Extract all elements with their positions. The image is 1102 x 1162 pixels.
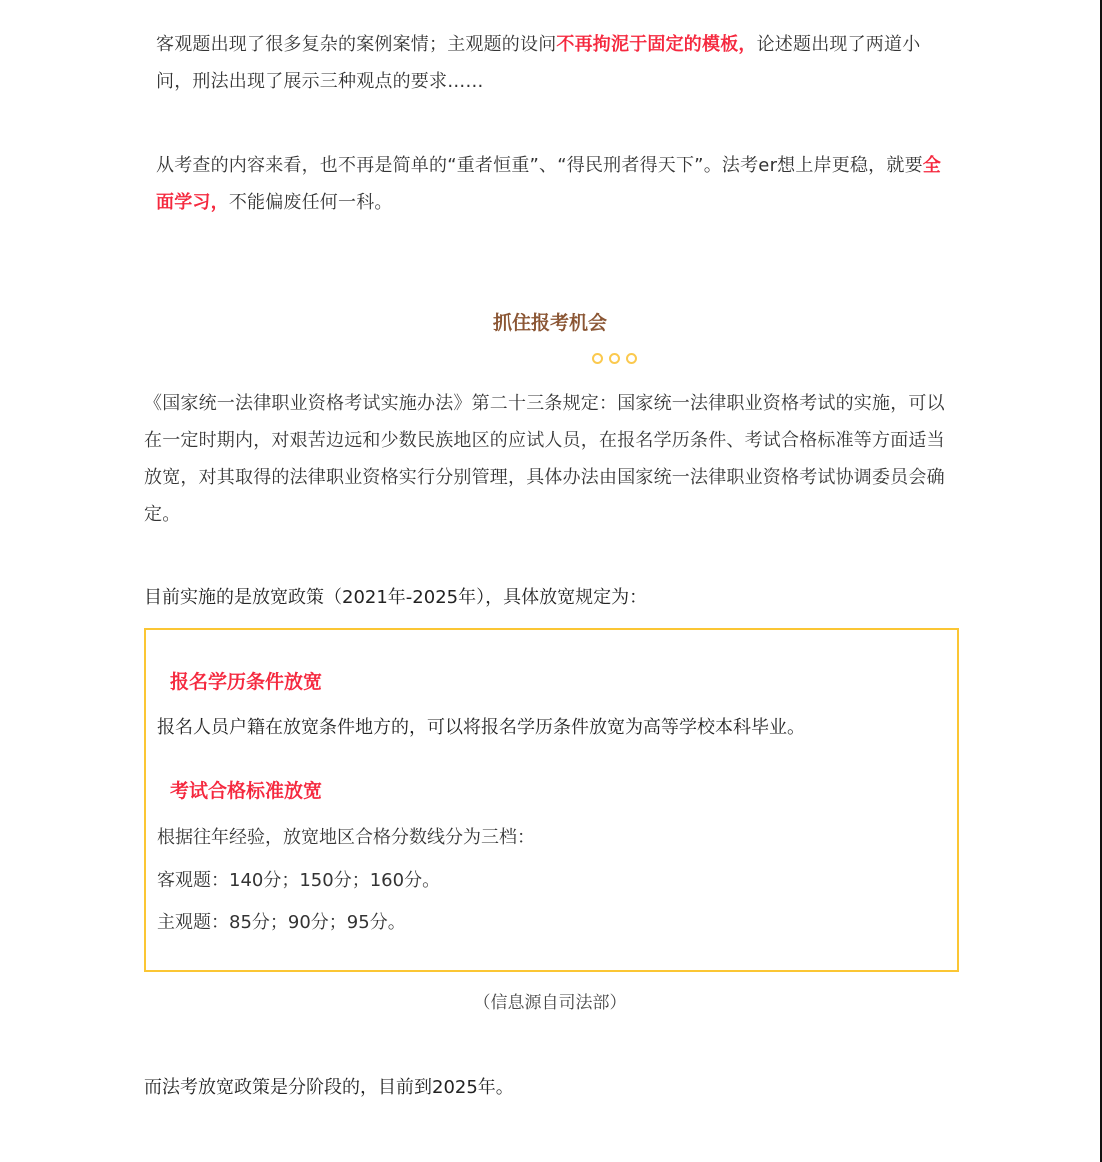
circle-icon bbox=[609, 353, 620, 364]
circle-icon bbox=[626, 353, 637, 364]
paragraph-study-advice: 从考查的内容来看，也不再是简单的“重者恒重”、“得民刑者得天下”。法考er想上岸… bbox=[156, 147, 951, 221]
heading-education-relaxation: 报名学历条件放宽 bbox=[170, 668, 322, 696]
policy-box: 报名学历条件放宽 报名人员户籍在放宽条件地方的，可以将报名学历条件放宽为高等学校… bbox=[144, 628, 959, 972]
source-caption: （信息源自司法部） bbox=[0, 989, 1100, 1017]
paragraph-text: 从考查的内容来看，也不再是简单的“重者恒重”、“得民刑者得天下”。法考er想上岸… bbox=[156, 155, 923, 176]
paragraph-text: 客观题出现了很多复杂的案例案情；主观题的设问 bbox=[156, 34, 556, 55]
circle-icon bbox=[592, 353, 603, 364]
section-title: 抓住报考机会 bbox=[0, 309, 1100, 337]
paragraph-question-changes: 客观题出现了很多复杂的案例案情；主观题的设问不再拘泥于固定的模板，论述题出现了两… bbox=[156, 26, 951, 100]
heading-passing-score-relaxation: 考试合格标准放宽 bbox=[170, 777, 322, 805]
passing-score-intro: 根据往年经验，放宽地区合格分数线分为三档： bbox=[157, 824, 535, 852]
education-relaxation-text: 报名人员户籍在放宽条件地方的，可以将报名学历条件放宽为高等学校本科毕业。 bbox=[157, 714, 805, 742]
circle-divider-icon bbox=[592, 353, 637, 364]
regulation-paragraph: 《国家统一法律职业资格考试实施办法》第二十三条规定：国家统一法律职业资格考试的实… bbox=[144, 385, 962, 533]
subjective-score-line: 主观题：85分；90分；95分。 bbox=[157, 909, 406, 937]
closing-line: 而法考放宽政策是分阶段的，目前到2025年。 bbox=[144, 1074, 514, 1102]
objective-score-line: 客观题：140分；150分；160分。 bbox=[157, 867, 440, 895]
highlight-text: 不再拘泥于固定的模板， bbox=[556, 34, 756, 55]
paragraph-text: 不能偏废任何一科。 bbox=[229, 192, 393, 213]
policy-intro: 目前实施的是放宽政策（2021年-2025年），具体放宽规定为： bbox=[144, 584, 647, 612]
